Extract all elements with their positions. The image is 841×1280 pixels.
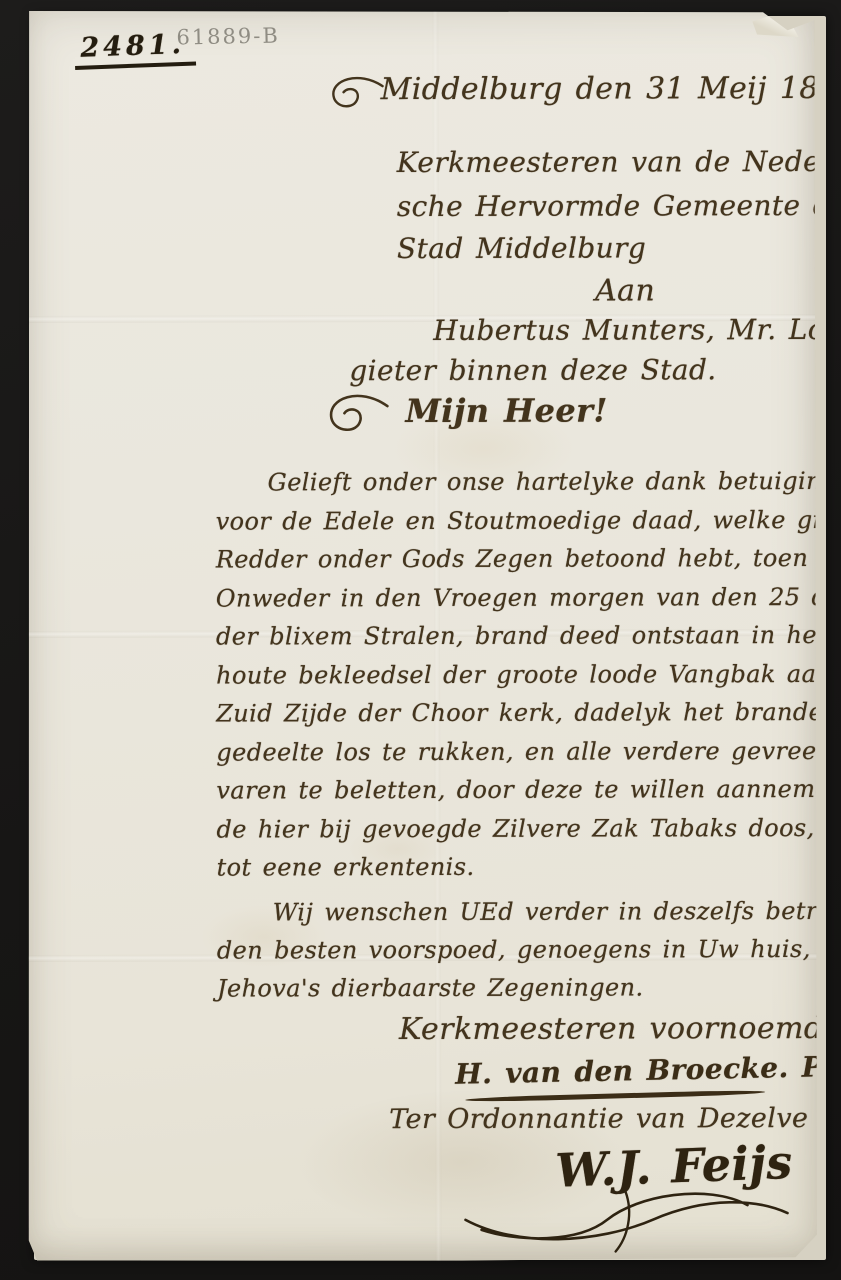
signature-president: H. van den Broecke. Prest. xyxy=(455,1049,841,1091)
letter-paper: 2481. 61889-B Middelburg den 31 Meij 181… xyxy=(24,9,817,1263)
body-line: voor de Edele en Stoutmoedige daad, welk… xyxy=(216,506,841,536)
body-line: Gelieft onder onse hartelyke dank betuig… xyxy=(268,467,841,497)
calligraphic-flourish-icon xyxy=(323,394,391,440)
signature-underline-flourish xyxy=(465,1089,765,1102)
body-line: varen te beletten, door deze te willen a… xyxy=(216,775,841,805)
ordinance-line: Ter Ordonnantie van Dezelve xyxy=(389,1103,808,1135)
address-line: gieter binnen deze Stad. xyxy=(349,353,716,387)
sender-line: sche Hervormde Gemeente der xyxy=(397,189,841,223)
body-line: Onweder in den Vroegen morgen van den 25… xyxy=(216,583,841,613)
address-line: Hubertus Munters, Mr. Lood- xyxy=(433,313,841,347)
body-line: der blixem Stralen, brand deed ontstaan … xyxy=(216,621,827,651)
body-line: de hier bij gevoegde Zilvere Zak Tabaks … xyxy=(216,814,814,844)
body-line: Zuid Zijde der Choor kerk, dadelyk het b… xyxy=(216,698,841,728)
body-line: gedeelte los te rukken, en alle verdere … xyxy=(216,737,841,767)
dateline: Middelburg den 31 Meij 1819. xyxy=(381,71,841,107)
address-to: Aan xyxy=(595,273,655,308)
closing-corporate-line: Kerkmeesteren voornoemd xyxy=(399,1011,823,1047)
salutation: Mijn Heer! xyxy=(405,392,608,431)
sender-line: Kerkmeesteren van de Nederduit- xyxy=(397,145,841,179)
calligraphic-flourish-icon xyxy=(325,76,387,118)
signature-flourish-icon xyxy=(457,1185,797,1256)
body-line: houte bekleedsel der groote loode Vangba… xyxy=(216,660,841,690)
body-line: den besten voorspoed, genoegens in Uw hu… xyxy=(217,935,841,965)
body-line: tot eene erkentenis. xyxy=(217,853,475,882)
sender-line: Stad Middelburg xyxy=(397,231,646,265)
archival-number-pencil: 61889-B xyxy=(176,23,280,49)
body-line: Wij wenschen UEd verder in deszelfs betr… xyxy=(273,897,841,927)
photograph-background: 2481. 61889-B Middelburg den 31 Meij 181… xyxy=(0,0,841,1280)
body-line: Jehova's dierbaarste Zegeningen. xyxy=(217,973,644,1002)
body-line: Redder onder Gods Zegen betoond hebt, to… xyxy=(216,544,841,574)
